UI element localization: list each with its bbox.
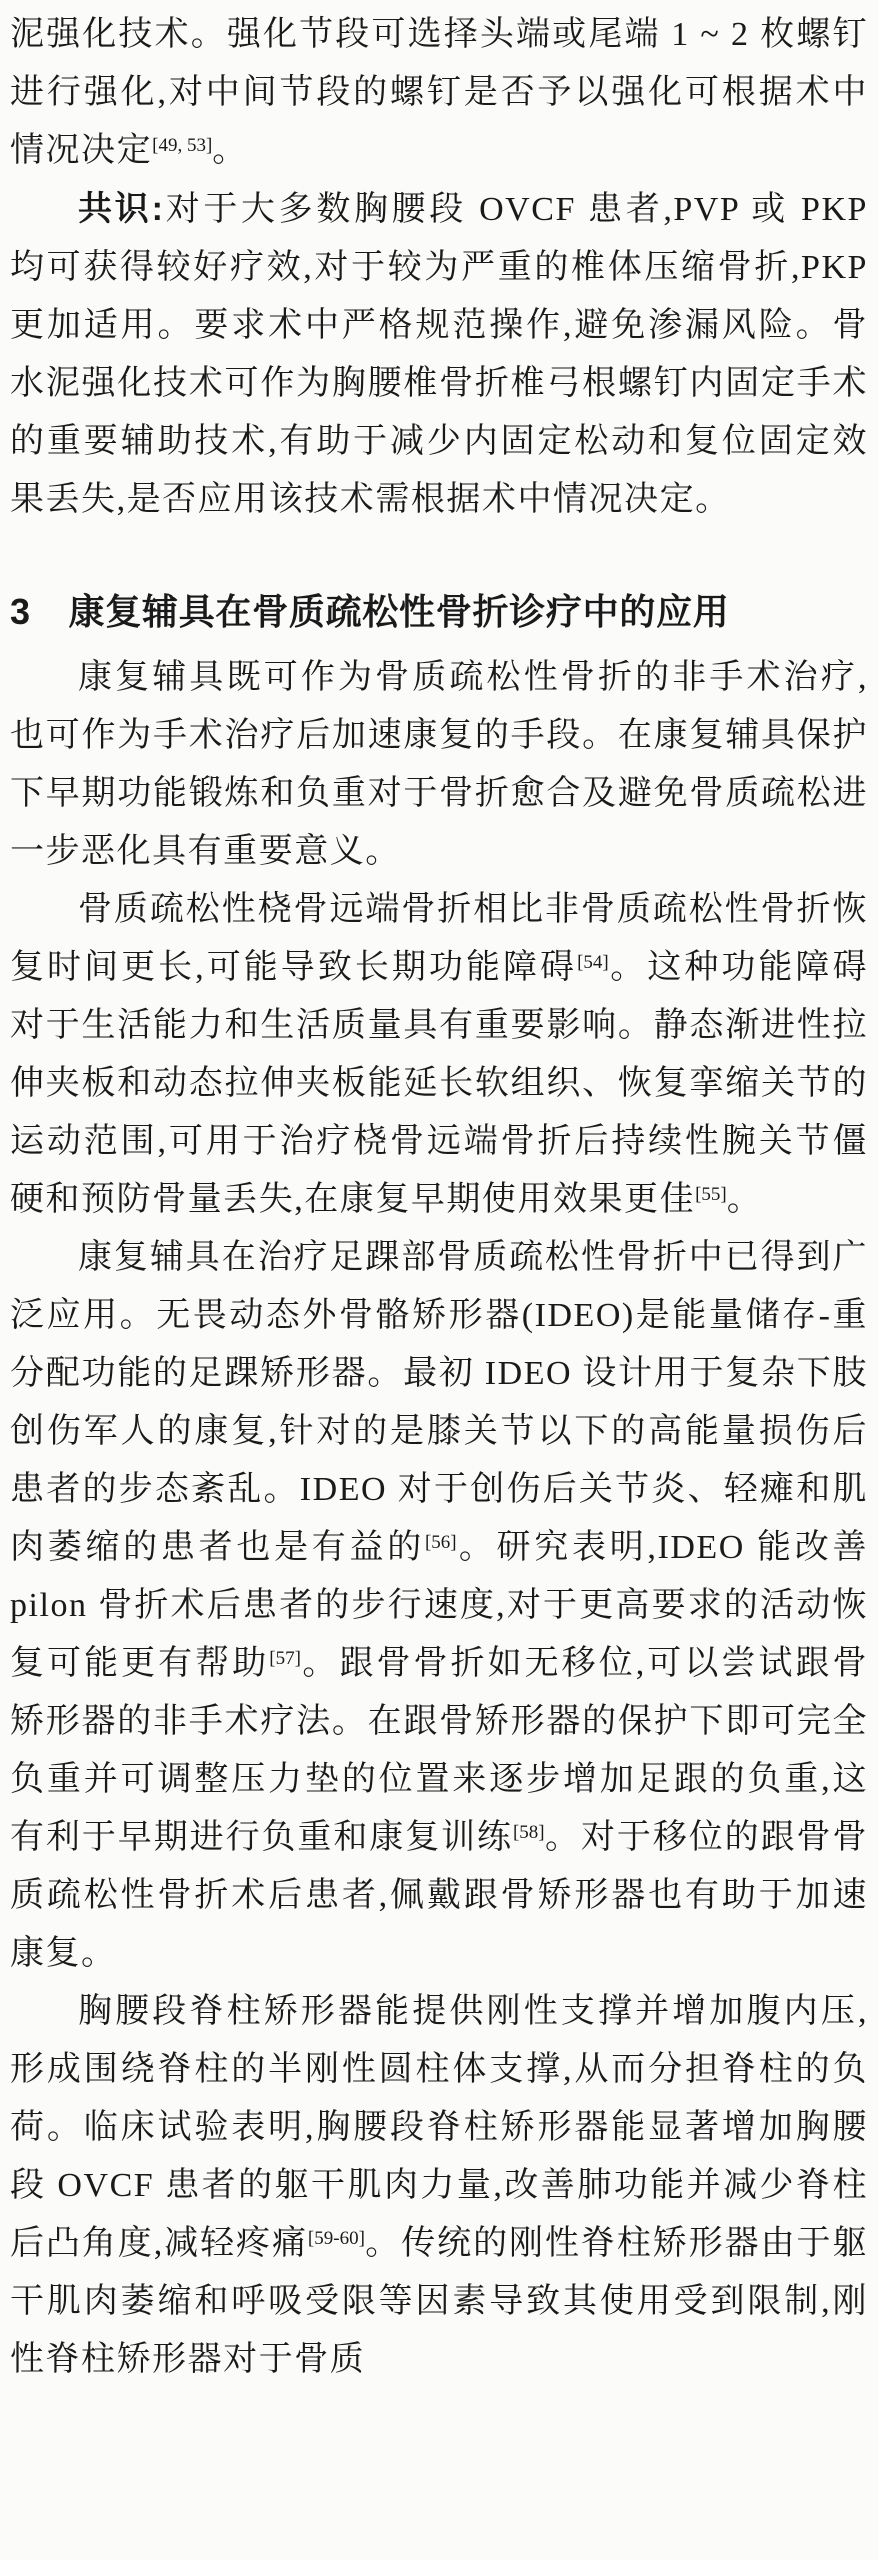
paragraph-text: 。: [212, 132, 248, 169]
paragraph: 泥强化技术。强化节段可选择头端或尾端 1 ~ 2 枚螺钉进行强化,对中间节段的螺…: [10, 6, 868, 180]
reference-superscript: [49, 53]: [152, 135, 212, 156]
reference-superscript: [55]: [695, 1184, 727, 1205]
article-text-column: 泥强化技术。强化节段可选择头端或尾端 1 ~ 2 枚螺钉进行强化,对中间节段的螺…: [10, 6, 868, 2389]
reference-superscript: [58]: [513, 1822, 545, 1843]
paragraph: 康复辅具既可作为骨质疏松性骨折的非手术治疗,也可作为手术治疗后加速康复的手段。在…: [10, 649, 868, 881]
paragraph: 康复辅具在治疗足踝部骨质疏松性骨折中已得到广泛应用。无畏动态外骨骼矫形器(IDE…: [10, 1229, 868, 1983]
paragraph-text: 对于大多数胸腰段 OVCF 患者,PVP 或 PKP 均可获得较好疗效,对于较为…: [10, 191, 868, 518]
section-heading: 3康复辅具在骨质疏松性骨折诊疗中的应用: [10, 583, 868, 641]
paragraph: 胸腰段脊柱矫形器能提供刚性支撑并增加腹内压,形成围绕脊柱的半刚性圆柱体支撑,从而…: [10, 1983, 868, 2389]
paragraph-text: 泥强化技术。强化节段可选择头端或尾端 1 ~ 2 枚螺钉进行强化,对中间节段的螺…: [10, 16, 868, 169]
paragraph: 共识:对于大多数胸腰段 OVCF 患者,PVP 或 PKP 均可获得较好疗效,对…: [10, 180, 868, 529]
paragraph-text: 。这种功能障碍对于生活能力和生活质量具有重要影响。静态渐进性拉伸夹板和动态拉伸夹…: [10, 949, 868, 1218]
paragraph-text: 康复辅具既可作为骨质疏松性骨折的非手术治疗,也可作为手术治疗后加速康复的手段。在…: [10, 659, 868, 870]
reference-superscript: [57]: [269, 1648, 301, 1669]
reference-superscript: [56]: [425, 1532, 457, 1553]
section-title: 康复辅具在骨质疏松性骨折诊疗中的应用: [69, 591, 730, 632]
paragraph: 骨质疏松性桡骨远端骨折相比非骨质疏松性骨折恢复时间更长,可能导致长期功能障碍[5…: [10, 881, 868, 1229]
reference-superscript: [54]: [577, 952, 609, 973]
paragraph-text: 胸腰段脊柱矫形器能提供刚性支撑并增加腹内压,形成围绕脊柱的半刚性圆柱体支撑,从而…: [10, 1993, 868, 2262]
reference-superscript: [59-60]: [308, 2228, 365, 2249]
document-page: 泥强化技术。强化节段可选择头端或尾端 1 ~ 2 枚螺钉进行强化,对中间节段的螺…: [0, 0, 878, 2560]
paragraph-text: 。: [727, 1181, 763, 1218]
paragraph-text: 康复辅具在治疗足踝部骨质疏松性骨折中已得到广泛应用。无畏动态外骨骼矫形器(IDE…: [10, 1239, 868, 1566]
section-number: 3: [10, 583, 31, 641]
consensus-lead-label: 共识:: [78, 190, 164, 228]
